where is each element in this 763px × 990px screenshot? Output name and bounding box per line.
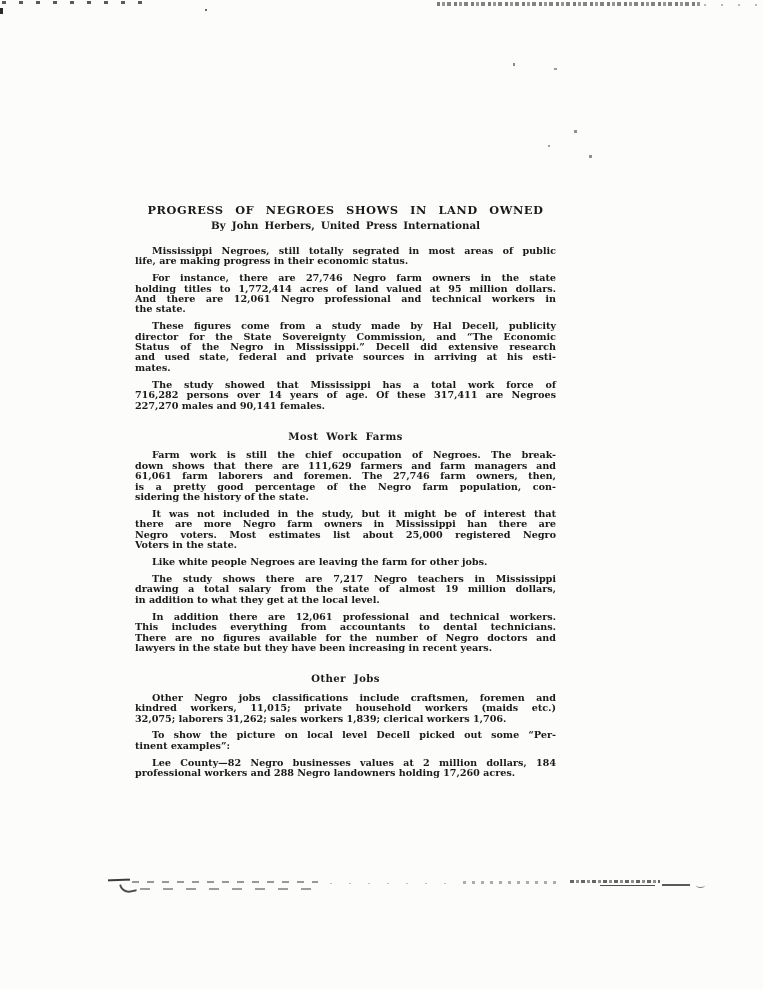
text-line: in addition to what they get at the loca…: [135, 596, 556, 606]
text-line: life, are making progress in their econo…: [135, 257, 556, 267]
scan-artifact-top-right-dots: [704, 4, 760, 6]
scan-artifact-bottom-dashes: [132, 881, 318, 883]
text-line: Voters in the state.: [135, 541, 556, 551]
scan-artifact-bottom-trail: [662, 884, 690, 886]
paragraph: The study showed that Mississippi has a …: [135, 381, 556, 412]
scan-artifact-top-right-ticks: [437, 2, 702, 6]
text-line: sidering the history of the state.: [135, 493, 556, 503]
paragraph: Like white people Negroes are leaving th…: [135, 558, 556, 568]
paragraph: Mississippi Negroes, still totally segra…: [135, 247, 556, 268]
paragraph: The study shows there are 7,217 Negro te…: [135, 575, 556, 606]
paragraph: In addition there are 12,061 professiona…: [135, 613, 556, 655]
scan-artifact-bottom-dash: [108, 879, 130, 882]
scan-artifact-speck: [589, 155, 592, 158]
text-line: 227,270 males and 90,141 females.: [135, 402, 556, 412]
article-byline: By John Herbers, United Press Internatio…: [135, 221, 556, 231]
paragraph: For instance, there are 27,746 Negro far…: [135, 274, 556, 316]
article: PROGRESS OF NEGROES SHOWS IN LAND OWNED …: [135, 205, 556, 780]
paragraph: Lee County—82 Negro businesses values at…: [135, 759, 556, 780]
paragraph: These figures come from a study made by …: [135, 322, 556, 374]
text-line: mates.: [135, 364, 556, 374]
scan-artifact-bottom-marks: [463, 881, 558, 884]
paragraph: Farm work is still the chief occupation …: [135, 451, 556, 503]
text-line: and used state, federal and private sour…: [135, 353, 556, 363]
scan-artifact-speck: [554, 68, 557, 70]
text-line: 32,075; laborers 31,262; sales workers 1…: [135, 715, 556, 725]
scan-artifact-dot: [205, 9, 207, 11]
section-heading: Other Jobs: [135, 674, 556, 684]
scan-artifact-bottom-tilde: [696, 883, 705, 888]
scan-artifact-speck: [574, 130, 577, 133]
scanned-document-page: PROGRESS OF NEGROES SHOWS IN LAND OWNED …: [0, 0, 763, 990]
paragraph: It was not included in the study, but it…: [135, 510, 556, 552]
text-line: tinent examples”:: [135, 742, 556, 752]
scan-artifact-corner-mark: [0, 8, 3, 14]
scan-artifact-bottom-dashes: [140, 888, 320, 890]
text-line: lawyers in the state but they have been …: [135, 644, 556, 654]
scan-artifact-bottom-dots: [330, 883, 460, 884]
article-body: Mississippi Negroes, still totally segra…: [135, 247, 556, 780]
text-line: the state.: [135, 305, 556, 315]
text-line: And there are 12,061 Negro professional …: [135, 295, 556, 305]
text-line: kindred workers, 11,015; private househo…: [135, 704, 556, 714]
scan-artifact-speck: [513, 63, 515, 66]
scan-artifact-bottom-hook: [119, 881, 137, 894]
scan-artifact-speck: [548, 145, 550, 147]
paragraph: Other Negro jobs classifications include…: [135, 694, 556, 725]
scan-artifact-top-left-dashes: [2, 1, 154, 4]
text-line: For instance, there are 27,746 Negro far…: [135, 274, 556, 284]
scan-artifact-bottom-cluster: [570, 880, 660, 883]
scan-artifact-bottom-underline: [600, 885, 655, 886]
text-line: Like white people Negroes are leaving th…: [135, 558, 556, 568]
section-heading: Most Work Farms: [135, 432, 556, 442]
text-line: This includes everything from accountant…: [135, 623, 556, 633]
text-line: professional workers and 288 Negro lando…: [135, 769, 556, 779]
paragraph: To show the picture on local level Decel…: [135, 731, 556, 752]
article-title: PROGRESS OF NEGROES SHOWS IN LAND OWNED: [135, 205, 556, 215]
